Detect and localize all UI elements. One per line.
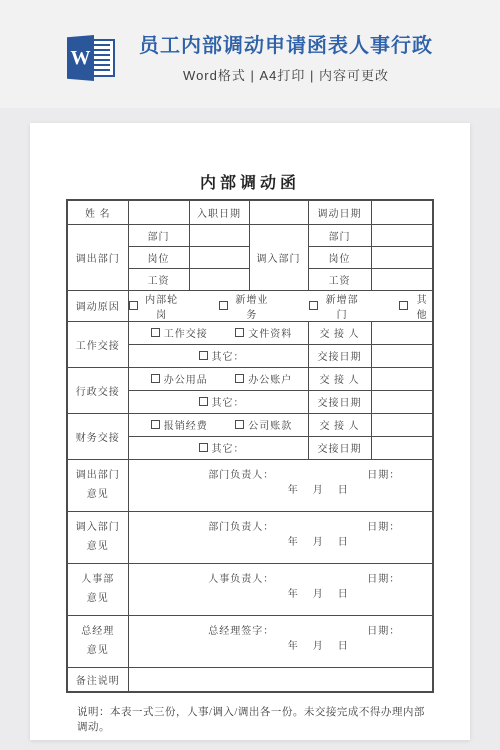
signer-label: 总经理签字：: [208, 626, 274, 637]
out-dept-label: 调出部门: [67, 224, 128, 290]
out-dept-field-label: 部门: [128, 224, 189, 246]
reason-options-cell: 内部轮岗 新增业务 新增部门 其他: [128, 290, 433, 321]
reason-option: 其他: [399, 291, 432, 321]
transfer-date-label: 调动日期: [308, 200, 371, 224]
in-dept-opinion-cell: 部门负责人：日期：年 月 日: [128, 511, 433, 563]
checkbox-icon: [235, 420, 244, 429]
out-post-field-label: 岗位: [128, 246, 189, 268]
gm-opinion-cell: 总经理签字：日期：年 月 日: [128, 615, 433, 667]
page-subtitle: Word格式 | A4打印 | 内容可更改: [139, 65, 433, 84]
checkbox-icon: [399, 301, 408, 310]
handover-date-label: 交接日期: [308, 344, 371, 367]
signer-label: 人事负责人：: [208, 574, 274, 585]
finance-handover-label: 财务交接: [67, 413, 128, 459]
remarks-row: 备注说明: [67, 667, 433, 692]
handover-date-input-cell: [371, 344, 433, 367]
checkbox-icon: [151, 420, 160, 429]
admin-handover-options-cell: 办公用品 办公账户: [128, 367, 308, 390]
hire-date-input-cell: [249, 200, 308, 224]
in-salary-input-cell: [371, 268, 433, 290]
signer-label: 部门负责人：: [208, 470, 274, 481]
in-dept-opinion-label: 调入部门 意见: [67, 511, 128, 563]
name-input-cell: [128, 200, 189, 224]
handover-person-input-cell: [371, 321, 433, 344]
reason-label: 调动原因: [67, 290, 128, 321]
date-units: 年 月 日: [288, 589, 349, 600]
checkbox-icon: [129, 301, 138, 310]
handover-option: 报销经费: [151, 417, 208, 432]
form-footnote: 说明：本表一式三份，人事/调入/调出各一份。未交接完成不得办理内部调动。: [67, 704, 433, 734]
dept-row: 调出部门 部门 调入部门 部门: [67, 224, 433, 246]
handover-row: 工作交接 工作交接 文件资料 交 接 人: [67, 321, 433, 344]
date-label: 日期：: [367, 574, 400, 585]
handover-option: 办公用品: [151, 371, 208, 386]
handover-date-input-cell: [371, 436, 433, 459]
finance-handover-other-cell: 其它：: [128, 436, 308, 459]
word-logo-icon: W: [67, 35, 115, 81]
handover-other-option: 其它：: [199, 348, 245, 363]
handover-person-label: 交 接 人: [308, 413, 371, 436]
handover-option: 工作交接: [151, 325, 208, 340]
out-dept-input-cell: [189, 224, 249, 246]
opinion-row: 调出部门 意见 部门负责人：日期：年 月 日: [67, 459, 433, 511]
work-handover-options-cell: 工作交接 文件资料: [128, 321, 308, 344]
checkbox-icon: [199, 397, 208, 406]
checkbox-icon: [199, 351, 208, 360]
handover-person-label: 交 接 人: [308, 367, 371, 390]
out-dept-opinion-label: 调出部门 意见: [67, 459, 128, 511]
out-salary-input-cell: [189, 268, 249, 290]
transfer-form-table: 姓 名 入职日期 调动日期 调出部门 部门 调入部门 部门 岗位 岗位: [66, 199, 434, 693]
remarks-label: 备注说明: [67, 667, 128, 692]
in-post-input-cell: [371, 246, 433, 268]
gm-opinion-label: 总经理 意见: [67, 615, 128, 667]
in-dept-field-label: 部门: [308, 224, 371, 246]
transfer-date-input-cell: [371, 200, 433, 224]
name-label: 姓 名: [67, 200, 128, 224]
date-units: 年 月 日: [288, 537, 349, 548]
checkbox-icon: [235, 328, 244, 337]
date-units: 年 月 日: [288, 641, 349, 652]
handover-person-label: 交 接 人: [308, 321, 371, 344]
checkbox-icon: [219, 301, 228, 310]
admin-handover-label: 行政交接: [67, 367, 128, 413]
opinion-row: 总经理 意见 总经理签字：日期：年 月 日: [67, 615, 433, 667]
in-dept-input-cell: [371, 224, 433, 246]
handover-person-input-cell: [371, 367, 433, 390]
work-handover-label: 工作交接: [67, 321, 128, 367]
opinion-row: 调入部门 意见 部门负责人：日期：年 月 日: [67, 511, 433, 563]
hr-opinion-cell: 人事负责人：日期：年 月 日: [128, 563, 433, 615]
finance-handover-options-cell: 报销经费 公司账款: [128, 413, 308, 436]
date-units: 年 月 日: [288, 485, 349, 496]
checkbox-icon: [309, 301, 318, 310]
reason-option: 内部轮岗: [129, 291, 182, 321]
checkbox-icon: [235, 374, 244, 383]
word-w-flag-icon: W: [67, 35, 94, 81]
basic-info-row: 姓 名 入职日期 调动日期: [67, 200, 433, 224]
in-dept-label: 调入部门: [249, 224, 308, 290]
remarks-input-cell: [128, 667, 433, 692]
handover-date-label: 交接日期: [308, 436, 371, 459]
handover-option: 文件资料: [235, 325, 292, 340]
handover-option: 办公账户: [235, 371, 292, 386]
work-handover-other-cell: 其它：: [128, 344, 308, 367]
handover-date-input-cell: [371, 390, 433, 413]
handover-person-input-cell: [371, 413, 433, 436]
hire-date-label: 入职日期: [189, 200, 249, 224]
reason-option: 新增部门: [309, 291, 362, 321]
handover-other-option: 其它：: [199, 394, 245, 409]
checkbox-icon: [151, 374, 160, 383]
signer-label: 部门负责人：: [208, 522, 274, 533]
document-preview-area: 内部调动函 姓 名 入职日期 调动日期 调出部门 部门 调入部门: [0, 108, 500, 750]
date-label: 日期：: [367, 626, 400, 637]
out-salary-field-label: 工资: [128, 268, 189, 290]
handover-other-option: 其它：: [199, 440, 245, 455]
document-page: 内部调动函 姓 名 入职日期 调动日期 调出部门 部门 调入部门: [30, 123, 470, 740]
handover-option: 公司账款: [235, 417, 292, 432]
opinion-row: 人事部 意见 人事负责人：日期：年 月 日: [67, 563, 433, 615]
form-title: 内部调动函: [30, 173, 470, 195]
handover-row: 财务交接 报销经费 公司账款 交 接 人: [67, 413, 433, 436]
template-header: W 员工内部调动申请函表人事行政 Word格式 | A4打印 | 内容可更改: [0, 0, 500, 108]
out-dept-opinion-cell: 部门负责人：日期：年 月 日: [128, 459, 433, 511]
in-salary-field-label: 工资: [308, 268, 371, 290]
handover-date-label: 交接日期: [308, 390, 371, 413]
hr-opinion-label: 人事部 意见: [67, 563, 128, 615]
admin-handover-other-cell: 其它：: [128, 390, 308, 413]
reason-option: 新增业务: [219, 291, 272, 321]
out-post-input-cell: [189, 246, 249, 268]
page-title: 员工内部调动申请函表人事行政: [139, 33, 433, 59]
handover-row: 行政交接 办公用品 办公账户 交 接 人: [67, 367, 433, 390]
in-post-field-label: 岗位: [308, 246, 371, 268]
date-label: 日期：: [367, 470, 400, 481]
checkbox-icon: [151, 328, 160, 337]
reason-row: 调动原因 内部轮岗 新增业务 新增部门 其他: [67, 290, 433, 321]
date-label: 日期：: [367, 522, 400, 533]
checkbox-icon: [199, 443, 208, 452]
